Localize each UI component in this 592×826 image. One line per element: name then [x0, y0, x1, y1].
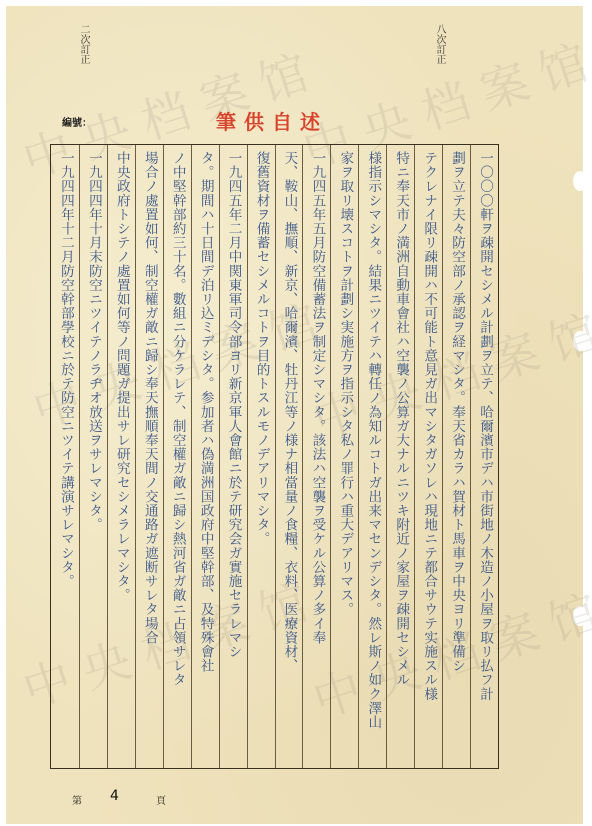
column-rule — [470, 145, 471, 768]
page-suffix: 頁 — [156, 792, 166, 807]
column-rule — [302, 145, 303, 768]
punch-hole — [573, 171, 587, 191]
punch-hole — [573, 331, 587, 351]
manuscript-column: テクレナイ限リ疎開ハ不可能ト意見ガ出マシタガソレハ現地ニテ都合サウテ实施スル様 — [422, 151, 436, 701]
manuscript-column: 家ヲ取リ壊スコトヲ計劃シ実施方ヲ指示シタ私ノ罪行ハ重大デアリマス。 — [338, 151, 352, 616]
manuscript-column: 一九四五年二月中関東軍司令部ヨリ新京軍人會館ニ於テ研究会ガ實施セラレマシ — [226, 151, 240, 659]
manuscript-column: 一〇〇〇軒ヲ疎開セシメル計劃ヲ立テ、哈爾濱市デハ市街地ノ木造ノ小屋ヲ取リ払フ計 — [477, 151, 491, 701]
manuscript-column: 一九四四年十二月防空幹部學校ニ於テ防空ニツイテ講演サレマシタ。 — [58, 151, 72, 588]
manuscript-column: タ。期間ハ十日間デ泊リ込ミデシタ。参加者ハ偽満洲国政府中堅幹部、及特殊會社 — [198, 151, 212, 673]
column-rule — [247, 145, 248, 768]
column-rule — [79, 145, 80, 768]
manuscript-column: 復舊資材ヲ備蓄セシメルコトヲ目的トスルモノデアリマシタ。 — [254, 151, 268, 546]
column-rule — [107, 145, 108, 768]
page-prefix: 第 — [72, 796, 82, 807]
manuscript-grid: 一〇〇〇軒ヲ疎開セシメル計劃ヲ立テ、哈爾濱市デハ市街地ノ木造ノ小屋ヲ取リ払フ計劃… — [50, 144, 499, 769]
manuscript-column: 中央政府トシテノ處置如何等ノ問題ガ提出サレ研究セシメラレマシタ。 — [114, 151, 128, 602]
correction-note-right: 八次訂正 — [432, 24, 447, 64]
manuscript-column: 天、鞍山、撫順、新京、哈爾濱、牡丹江等ノ様ナ相當量ノ食糧、衣料、医療資材、 — [282, 151, 296, 673]
column-rule — [442, 145, 443, 768]
page-number: 4 — [110, 788, 119, 804]
column-rule — [386, 145, 387, 768]
manuscript-column: ノ中堅幹部約三十名。數組ニ分ケラレテ、制空權ガ敵ニ歸シ熱河省ガ敵ニ占領サレタ — [170, 151, 184, 687]
correction-note-left: 二次訂正 — [76, 24, 91, 64]
document-title: 筆供自述 — [216, 106, 328, 135]
column-rule — [163, 145, 164, 768]
manuscript-column: 一九四四年十月末防空ニツイテノラヂオ放送ヲサレマシタ。 — [86, 151, 100, 532]
manuscript-column: 一九四五年五月防空備蓄法ヲ制定シマシタ。該法ハ空襲ヲ受ケル公算ノ多イ奉 — [310, 151, 324, 645]
manuscript-column: 様指示シマシタ。結果ニツイテハ轉任ノ為知ルコトガ出来マセンデシタ。然レ斯ノ如ク澤… — [366, 151, 380, 729]
manuscript-column: 劃ヲ立テ夫々防空部ノ承認ヲ経マシタ。奉天省カラハ賀材ト馬車ヲ中央ヨリ準備シ — [450, 151, 464, 673]
column-rule — [358, 145, 359, 768]
serial-number-label: 編號： — [62, 114, 92, 129]
column-rule — [135, 145, 136, 768]
column-rule — [414, 145, 415, 768]
punch-hole — [573, 606, 587, 626]
column-rule — [330, 145, 331, 768]
manuscript-column: 特ニ奉天市ノ満洲自動車會社ハ空襲ノ公算ガ大ナルニツキ附近ノ家屋ヲ疎開セシメル — [394, 151, 408, 687]
document-page: 中央档案馆 中央档案馆 中央档案馆 中央档案馆 中央档案馆 中央档案馆 二次訂正… — [6, 6, 583, 824]
page-footer: 第 4 頁 — [72, 792, 82, 807]
column-rule — [191, 145, 192, 768]
column-rule — [275, 145, 276, 768]
column-rule — [219, 145, 220, 768]
manuscript-column: 場合ノ處置如何、制空權ガ敵ニ歸シ奉天撫順奉天間ノ交通路ガ遮断サレタ場合 — [142, 151, 156, 645]
